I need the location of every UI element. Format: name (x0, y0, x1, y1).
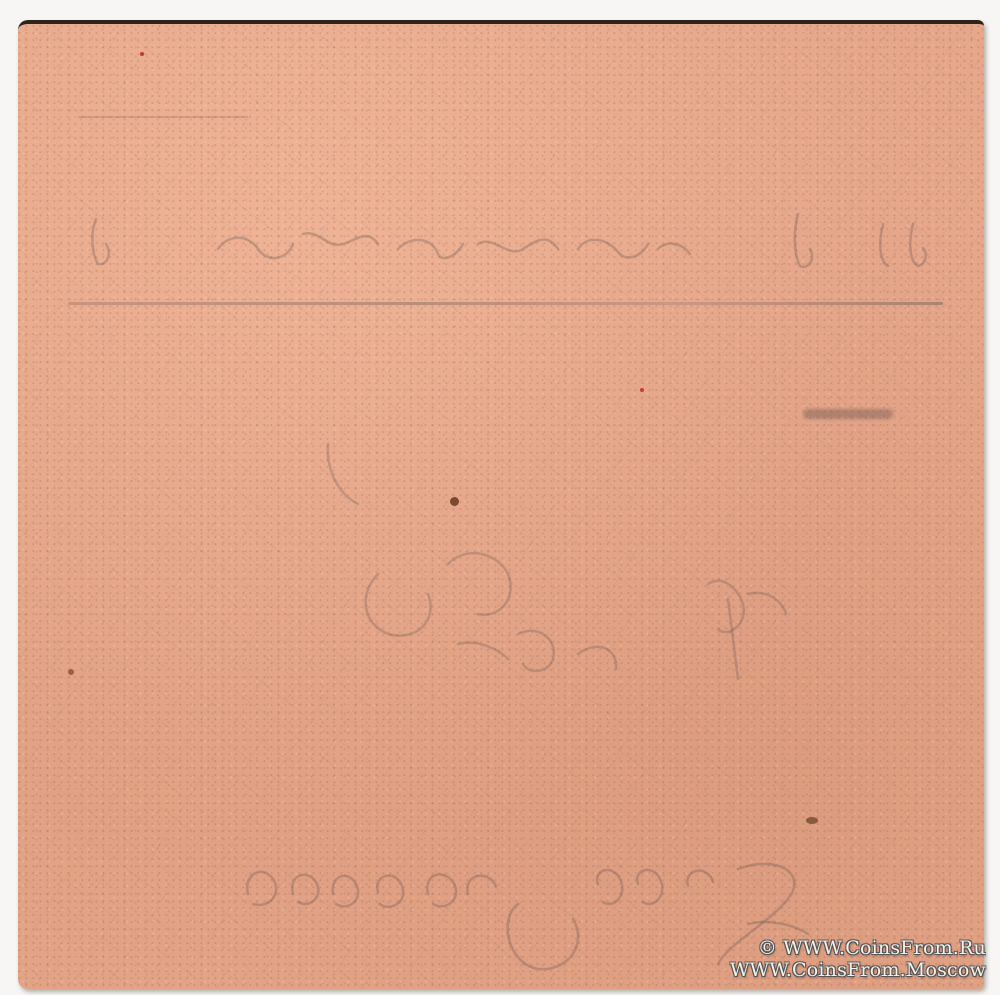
foxing-spot (68, 669, 74, 675)
show-through-denomination (298, 424, 818, 704)
show-through-dash (803, 409, 893, 419)
watermark: © WWW.CoinsFrom.Ru WWW.CoinsFrom.Moscow (730, 937, 986, 981)
foxing-spot (806, 817, 818, 824)
watermark-line-1: © WWW.CoinsFrom.Ru (730, 937, 986, 959)
paper-card (18, 20, 984, 989)
watermark-line-2: WWW.CoinsFrom.Moscow (730, 959, 986, 981)
foxing-spot (640, 388, 644, 392)
foxing-spot (450, 497, 459, 506)
show-through-rule-top (78, 116, 248, 118)
show-through-header-script (78, 204, 968, 284)
show-through-rule (68, 302, 943, 305)
foxing-spot (140, 52, 144, 56)
